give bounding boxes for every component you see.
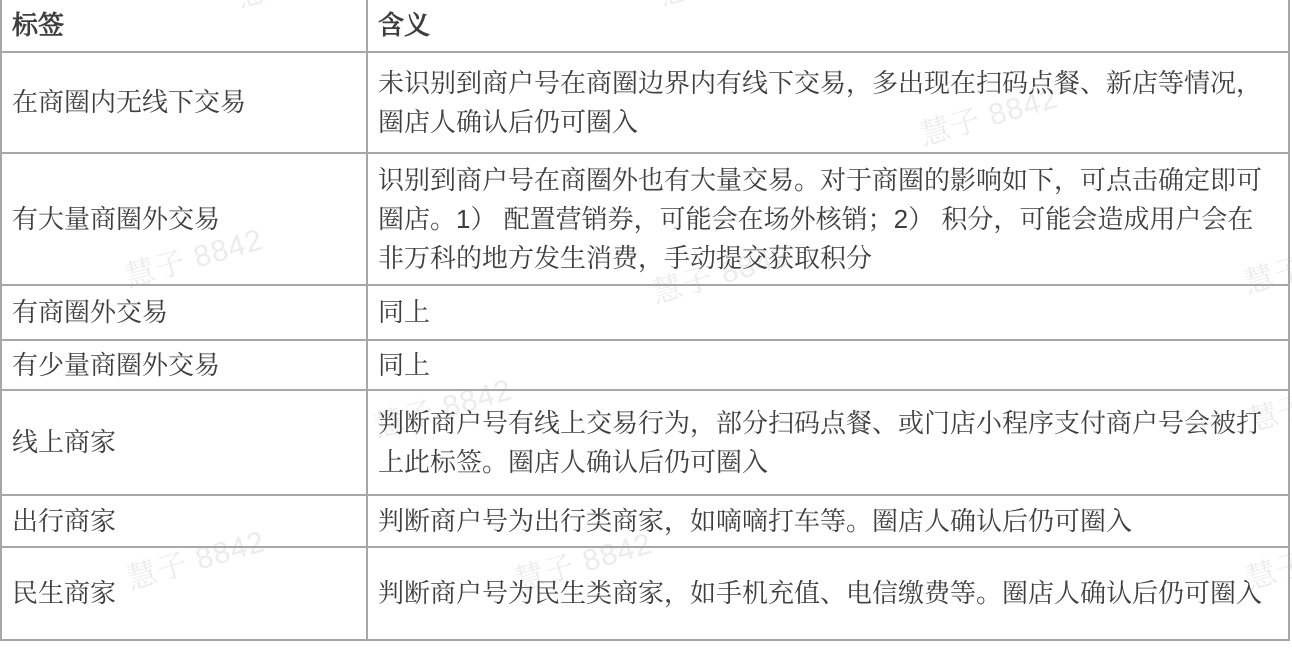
table-row: 有少量商圈外交易 同上 xyxy=(1,340,1289,390)
meaning-cell: 识别到商户号在商圈外也有大量交易。对于商圈的影响如下，可点击确定即可圈店。1） … xyxy=(367,153,1289,285)
tag-cell: 出行商家 xyxy=(1,495,367,547)
tag-cell: 有少量商圈外交易 xyxy=(1,340,367,390)
meaning-cell: 判断商户号为民生类商家，如手机充值、电信缴费等。圈店人确认后仍可圈入 xyxy=(367,547,1289,640)
table-row: 民生商家 判断商户号为民生类商家，如手机充值、电信缴费等。圈店人确认后仍可圈入 xyxy=(1,547,1289,640)
tag-cell: 有商圈外交易 xyxy=(1,285,367,340)
table-row: 有商圈外交易 同上 xyxy=(1,285,1289,340)
table-row: 出行商家 判断商户号为出行类商家，如嘀嘀打车等。圈店人确认后仍可圈入 xyxy=(1,495,1289,547)
tag-cell: 民生商家 xyxy=(1,547,367,640)
meaning-cell: 判断商户号有线上交易行为，部分扫码点餐、或门店小程序支付商户号会被打上此标签。圈… xyxy=(367,390,1289,495)
tag-cell: 有大量商圈外交易 xyxy=(1,153,367,285)
meaning-cell: 同上 xyxy=(367,285,1289,340)
column-header-label: 标签 xyxy=(1,0,367,52)
tag-cell: 线上商家 xyxy=(1,390,367,495)
meaning-cell: 判断商户号为出行类商家，如嘀嘀打车等。圈店人确认后仍可圈入 xyxy=(367,495,1289,547)
table-row: 在商圈内无线下交易 未识别到商户号在商圈边界内有线下交易，多出现在扫码点餐、新店… xyxy=(1,52,1289,153)
meaning-cell: 未识别到商户号在商圈边界内有线下交易，多出现在扫码点餐、新店等情况，圈店人确认后… xyxy=(367,52,1289,153)
tag-meaning-table: 标签 含义 在商圈内无线下交易 未识别到商户号在商圈边界内有线下交易，多出现在扫… xyxy=(0,0,1290,641)
column-header-meaning: 含义 xyxy=(367,0,1289,52)
table-row: 有大量商圈外交易 识别到商户号在商圈外也有大量交易。对于商圈的影响如下，可点击确… xyxy=(1,153,1289,285)
table-header-row: 标签 含义 xyxy=(1,0,1289,52)
table-row: 线上商家 判断商户号有线上交易行为，部分扫码点餐、或门店小程序支付商户号会被打上… xyxy=(1,390,1289,495)
tag-cell: 在商圈内无线下交易 xyxy=(1,52,367,153)
meaning-cell: 同上 xyxy=(367,340,1289,390)
